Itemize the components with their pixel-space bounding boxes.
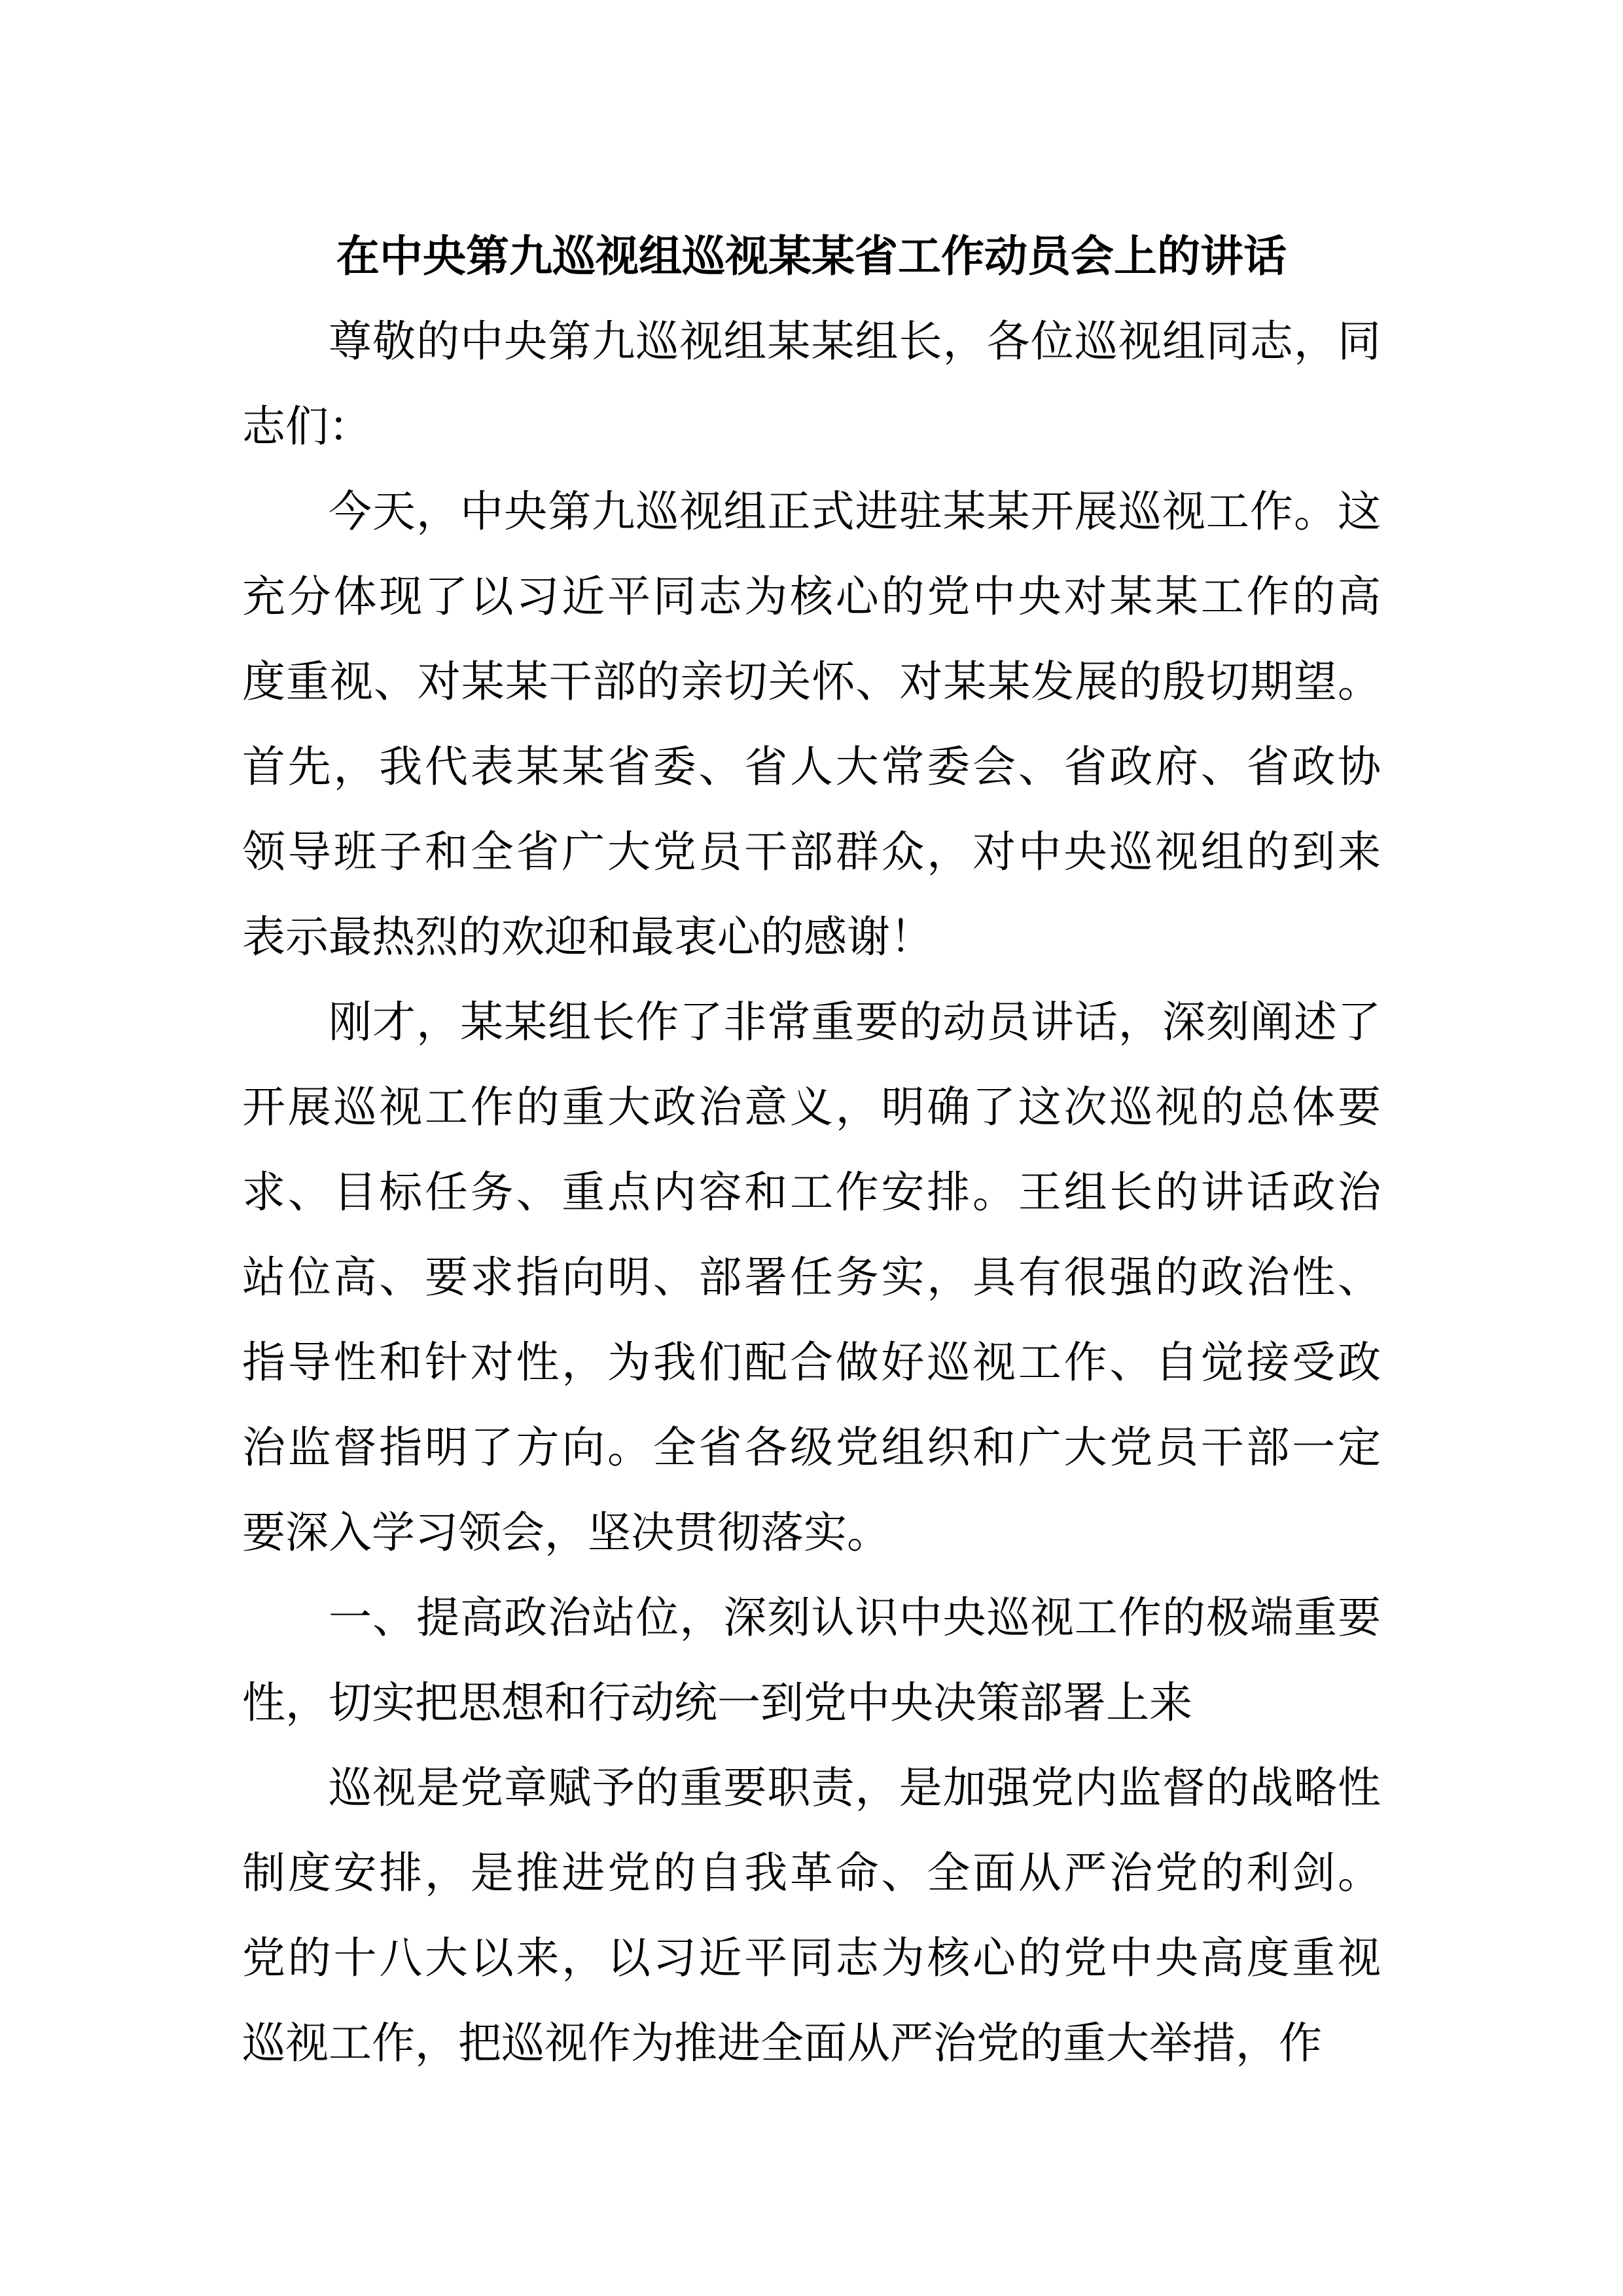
text-line: 党的十八大以来，以习近平同志为核心的党中央高度重视 <box>242 1916 1381 2001</box>
text-line: 充分体现了以习近平同志为核心的党中央对某某工作的高 <box>242 555 1381 640</box>
text-line: 表示最热烈的欢迎和最衷心的感谢！ <box>242 895 1381 980</box>
document-title: 在中央第九巡视组巡视某某省工作动员会上的讲话 <box>242 215 1381 300</box>
paragraph: 巡视是党章赋予的重要职责，是加强党内监督的战略性制度安排，是推进党的自我革命、全… <box>242 1746 1381 2087</box>
text-line: 今天，中央第九巡视组正式进驻某某开展巡视工作。这 <box>242 470 1381 555</box>
paragraph: 今天，中央第九巡视组正式进驻某某开展巡视工作。这充分体现了以习近平同志为核心的党… <box>242 470 1381 980</box>
paragraph: 尊敬的中央第九巡视组某某组长，各位巡视组同志，同志们： <box>242 300 1381 470</box>
text-line: 一、提高政治站位，深刻认识中央巡视工作的极端重要 <box>242 1576 1381 1661</box>
text-line: 开展巡视工作的重大政治意义，明确了这次巡视的总体要 <box>242 1066 1381 1151</box>
text-line: 站位高、要求指向明、部署任务实，具有很强的政治性、 <box>242 1236 1381 1321</box>
text-line: 巡视是党章赋予的重要职责，是加强党内监督的战略性 <box>242 1746 1381 1831</box>
paragraph: 一、提高政治站位，深刻认识中央巡视工作的极端重要性，切实把思想和行动统一到党中央… <box>242 1576 1381 1746</box>
text-line: 尊敬的中央第九巡视组某某组长，各位巡视组同志，同 <box>242 300 1381 385</box>
text-line: 求、目标任务、重点内容和工作安排。王组长的讲话政治 <box>242 1151 1381 1236</box>
text-line: 领导班子和全省广大党员干部群众，对中央巡视组的到来 <box>242 810 1381 895</box>
document-page: 在中央第九巡视组巡视某某省工作动员会上的讲话 尊敬的中央第九巡视组某某组长，各位… <box>0 0 1623 2296</box>
text-line: 要深入学习领会，坚决贯彻落实。 <box>242 1491 1381 1576</box>
document-body: 尊敬的中央第九巡视组某某组长，各位巡视组同志，同志们：今天，中央第九巡视组正式进… <box>242 300 1381 2087</box>
text-line: 刚才，某某组长作了非常重要的动员讲话，深刻阐述了 <box>242 980 1381 1066</box>
text-line: 治监督指明了方向。全省各级党组织和广大党员干部一定 <box>242 1406 1381 1491</box>
text-line: 志们： <box>242 385 1381 470</box>
paragraph: 刚才，某某组长作了非常重要的动员讲话，深刻阐述了开展巡视工作的重大政治意义，明确… <box>242 980 1381 1576</box>
text-line: 制度安排，是推进党的自我革命、全面从严治党的利剑。 <box>242 1831 1381 1916</box>
text-line: 指导性和针对性，为我们配合做好巡视工作、自觉接受政 <box>242 1321 1381 1406</box>
text-line: 首先，我代表某某省委、省人大常委会、省政府、省政协 <box>242 725 1381 810</box>
text-line: 性，切实把思想和行动统一到党中央决策部署上来 <box>242 1661 1381 1746</box>
text-line: 度重视、对某某干部的亲切关怀、对某某发展的殷切期望。 <box>242 640 1381 725</box>
text-line: 巡视工作，把巡视作为推进全面从严治党的重大举措，作 <box>242 2001 1381 2087</box>
